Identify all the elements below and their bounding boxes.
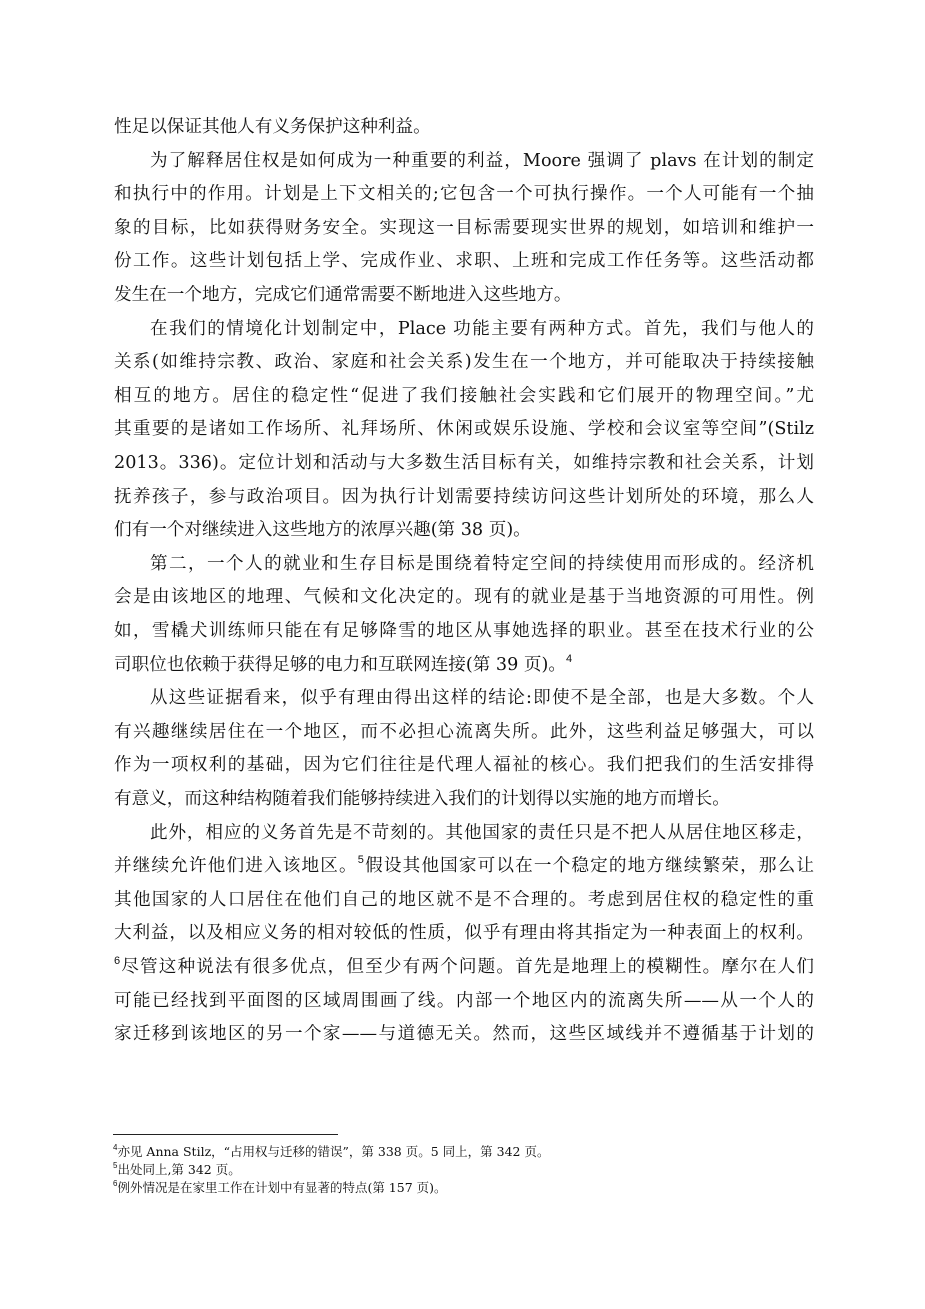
footnote-separator — [113, 1134, 338, 1135]
body-line-text: 假设其他国家可以在一个稳定的地方继续繁荣，那么让 — [364, 856, 814, 876]
footnote-ref-6[interactable]: 6 — [114, 955, 120, 967]
footnote-5: 5出处同上,第 342 页。 — [113, 1161, 241, 1178]
body-line: 象的目标，比如获得财务安全。实现这一目标需要现实世界的规划，如培训和维护一 — [114, 211, 814, 245]
body-line: 会是由该地区的地理、气候和文化决定的。现有的就业是基于当地资源的可用性。例 — [114, 580, 814, 614]
footnote-text: 出处同上,第 342 页。 — [117, 1162, 240, 1177]
body-line: 6尽管这种说法有很多优点，但至少有两个问题。首先是地理上的模糊性。摩尔在人们 — [114, 950, 814, 984]
body-line: 家迁移到该地区的另一个家——与道德无关。然而，这些区域线并不遵循基于计划的 — [114, 1017, 814, 1051]
body-line: 此外，相应的义务首先是不苛刻的。其他国家的责任只是不把人从居住地区移走， — [114, 816, 814, 850]
footnote-number: 6 — [113, 1179, 117, 1188]
body-line: 性足以保证其他人有义务保护这种利益。 — [114, 110, 814, 144]
body-line: 其他国家的人口居住在他们自己的地区就不是不合理的。考虑到居住权的稳定性的重 — [114, 883, 814, 917]
body-line: 如，雪橇犬训练师只能在有足够降雪的地区从事她选择的职业。甚至在技术行业的公 — [114, 614, 814, 648]
body-line: 并继续允许他们进入该地区。5假设其他国家可以在一个稳定的地方继续繁荣，那么让 — [114, 849, 814, 883]
footnote-6: 6例外情况是在家里工作在计划中有显著的特点(第 157 页)。 — [113, 1179, 447, 1196]
body-line: 发生在一个地方，完成它们通常需要不断地进入这些地方。 — [114, 278, 814, 312]
body-line: 份工作。这些计划包括上学、完成作业、求职、上班和完成工作任务等。这些活动都 — [114, 244, 814, 278]
body-line: 2013。336)。定位计划和活动与大多数生活目标有关，如维持宗教和社会关系，计… — [114, 446, 814, 480]
body-line: 抚养孩子，参与政治项目。因为执行计划需要持续访问这些计划所处的环境，那么人 — [114, 480, 814, 514]
body-line-text: 尽管这种说法有很多优点，但至少有两个问题。首先是地理上的模糊性。摩尔在人们 — [120, 957, 814, 977]
footnote-text: 例外情况是在家里工作在计划中有显著的特点(第 157 页)。 — [117, 1180, 446, 1195]
body-line-text: 司职位也依赖于获得足够的电力和互联网连接(第 39 页)。 — [114, 655, 566, 675]
body-line: 为了解释居住权是如何成为一种重要的利益，Moore 强调了 plavs 在计划的… — [114, 144, 814, 178]
footnote-number: 5 — [113, 1161, 117, 1170]
footnote-number: 4 — [113, 1143, 117, 1152]
body-line: 和执行中的作用。计划是上下文相关的;它包含一个可执行操作。一个人可能有一个抽 — [114, 177, 814, 211]
body-line: 大利益，以及相应义务的相对较低的性质，似乎有理由将其指定为一种表面上的权利。 — [114, 916, 814, 950]
body-line: 关系(如维持宗教、政治、家庭和社会关系)发生在一个地方，并可能取决于持续接触 — [114, 345, 814, 379]
footnote-text: 亦见 Anna Stilz，“占用权与迁移的错误”，第 338 页。5 同上，第… — [117, 1144, 549, 1159]
body-line: 有兴趣继续居住在一个地区，而不必担心流离失所。此外，这些利益足够强大，可以 — [114, 715, 814, 749]
body-line: 可能已经找到平面图的区域周围画了线。内部一个地区内的流离失所——从一个人的 — [114, 984, 814, 1018]
footnote-ref-4[interactable]: 4 — [566, 653, 572, 665]
body-line: 有意义，而这种结构随着我们能够持续进入我们的计划得以实施的地方而增长。 — [114, 782, 814, 816]
body-line-text: 并继续允许他们进入该地区。 — [114, 856, 358, 876]
body-line: 作为一项权利的基础，因为它们往往是代理人福祉的核心。我们把我们的生活安排得 — [114, 748, 814, 782]
body-line: 在我们的情境化计划制定中，Place 功能主要有两种方式。首先，我们与他人的 — [114, 312, 814, 346]
body-line: 从这些证据看来，似乎有理由得出这样的结论:即使不是全部，也是大多数。个人 — [114, 681, 814, 715]
body-line: 第二，一个人的就业和生存目标是围绕着特定空间的持续使用而形成的。经济机 — [114, 547, 814, 581]
body-line: 司职位也依赖于获得足够的电力和互联网连接(第 39 页)。4 — [114, 648, 814, 682]
body-line: 们有一个对继续进入这些地方的浓厚兴趣(第 38 页)。 — [114, 513, 814, 547]
body-line: 其重要的是诸如工作场所、礼拜场所、休闲或娱乐设施、学校和会议室等空间”(Stil… — [114, 412, 814, 446]
body-line: 相互的地方。居住的稳定性“促进了我们接触社会实践和它们展开的物理空间。”尤 — [114, 379, 814, 413]
footnote-ref-5[interactable]: 5 — [358, 854, 364, 866]
footnote-4: 4亦见 Anna Stilz，“占用权与迁移的错误”，第 338 页。5 同上，… — [113, 1143, 549, 1160]
